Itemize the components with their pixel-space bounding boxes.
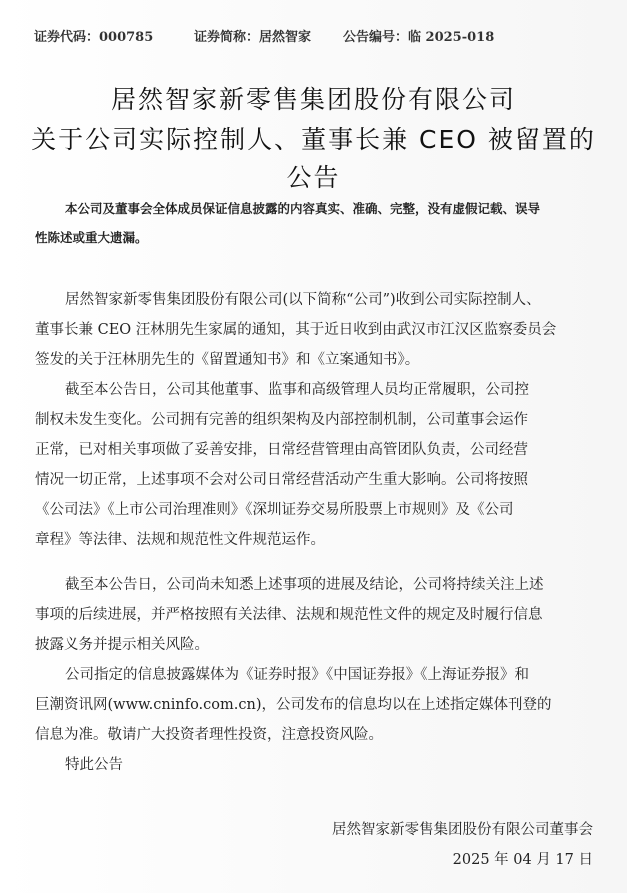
paragraph-line: 情况一切正常，上述事项不会对公司日常经营活动产生重大影响。公司将按照 [35, 465, 595, 495]
signature-company: 居然智家新零售集团股份有限公司董事会 [332, 818, 593, 839]
paragraph-line: 截至本公告日，公司尚未知悉上述事项的进展及结论，公司将持续关注上述 [35, 570, 595, 600]
title-company: 居然智家新零售集团股份有限公司 [0, 80, 627, 116]
announcement-page: 证券代码：000785 证券简称：居然智家 公告编号：临 2025-018 居然… [0, 0, 627, 893]
paragraph-line: 制权未发生变化。公司拥有完善的组织架构及内部控制机制，公司董事会运作 [35, 405, 595, 435]
paragraph-line: 章程》等法律、法规和规范性文件规范运作。 [35, 525, 595, 555]
paragraph-closing: 特此公告 [35, 750, 595, 780]
title-suffix: 公告 [0, 158, 627, 194]
paragraph-line: 正常，已对相关事项做了妥善安排，日常经营管理由高管团队负责，公司经营 [35, 435, 595, 465]
paragraph-line: 特此公告 [35, 750, 595, 780]
paragraph-line: 截至本公告日，公司其他董事、监事和高级管理人员均正常履职，公司控 [35, 375, 595, 405]
paragraph-progress-unknown: 截至本公告日，公司尚未知悉上述事项的进展及结论，公司将持续关注上述 事项的后续进… [35, 570, 595, 660]
statement-line: 本公司及董事会全体成员保证信息披露的内容真实、准确、完整，没有虚假记载、误导 [35, 194, 595, 223]
paragraph-line: 事项的后续进展，并严格按照有关法律、法规和规范性文件的规定及时履行信息 [35, 600, 595, 630]
paragraph-disclosure-media: 公司指定的信息披露媒体为《证券时报》《中国证券报》《上海证券报》和 巨潮资讯网(… [35, 660, 595, 750]
title-subject: 关于公司实际控制人、董事长兼 CEO 被留置的 [0, 120, 627, 156]
paragraph-line: 披露义务并提示相关风险。 [35, 630, 595, 660]
paragraph-line: 巨潮资讯网(www.cninfo.com.cn)，公司发布的信息均以在上述指定媒… [35, 690, 595, 720]
paragraph-line: 签发的关于汪林朋先生的《留置通知书》和《立案通知书》。 [35, 345, 595, 375]
paragraph-line: 信息为准。敬请广大投资者理性投资，注意投资风险。 [35, 720, 595, 750]
paragraph-operations-normal: 截至本公告日，公司其他董事、监事和高级管理人员均正常履职，公司控 制权未发生变化… [35, 375, 595, 555]
statement-line: 性陈述或重大遗漏。 [35, 223, 595, 252]
signature-date: 2025 年 04 月 17 日 [453, 848, 593, 869]
paragraph-line: 居然智家新零售集团股份有限公司(以下简称“公司”)收到公司实际控制人、 [35, 285, 595, 315]
document-header: 证券代码：000785 证券简称：居然智家 公告编号：临 2025-018 [34, 26, 594, 48]
stock-code: 证券代码：000785 [34, 26, 153, 45]
stock-short-name: 证券简称：居然智家 [194, 26, 311, 45]
paragraph-line: 《公司法》《上市公司治理准则》《深圳证券交易所股票上市规则》及《公司 [35, 495, 595, 525]
board-statement: 本公司及董事会全体成员保证信息披露的内容真实、准确、完整，没有虚假记载、误导 性… [35, 194, 595, 252]
paragraph-notice-received: 居然智家新零售集团股份有限公司(以下简称“公司”)收到公司实际控制人、 董事长兼… [35, 285, 595, 375]
paragraph-line: 公司指定的信息披露媒体为《证券时报》《中国证券报》《上海证券报》和 [35, 660, 595, 690]
paragraph-line: 董事长兼 CEO 汪林朋先生家属的通知，其于近日收到由武汉市江汉区监察委员会 [35, 315, 595, 345]
announcement-number: 公告编号：临 2025-018 [343, 26, 494, 45]
